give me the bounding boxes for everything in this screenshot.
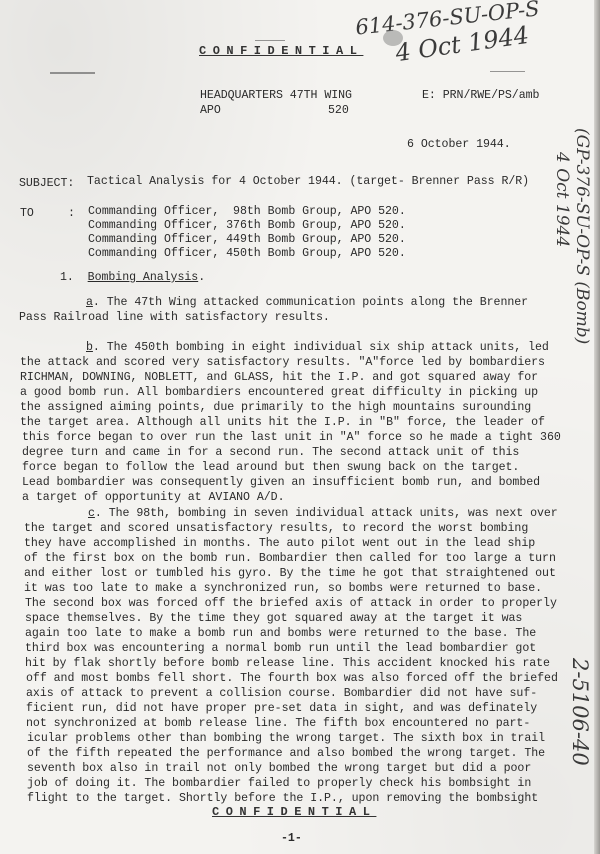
routing-code: E: PRN/RWE/PS/amb (422, 88, 539, 104)
apo-label: APO (200, 103, 221, 119)
paragraph-b-line: a good bomb run. All bombardiers encount… (20, 385, 538, 401)
paragraph-b-line: a target of opportunity at AVIANO A/D. (22, 490, 284, 506)
document-date: 6 October 1944. (407, 137, 511, 153)
page-edge-shadow (594, 0, 600, 854)
paragraph-a-line-1: a. The 47th Wing attacked communication … (86, 295, 528, 311)
paragraph-b-line: Lead bombardier was consequently given a… (22, 475, 540, 491)
paragraph-c-line: not synchronized at bomb release line. T… (26, 716, 530, 732)
headquarters-line: HEADQUARTERS 47TH WING (200, 88, 352, 104)
paragraph-a-text: . The 47th Wing attacked communication p… (93, 296, 528, 309)
paragraph-c-letter: c (88, 507, 95, 520)
stamp-mark (490, 71, 525, 72)
classification-top: CONFIDENTIAL (199, 44, 363, 58)
paragraph-a-letter: a (86, 296, 93, 309)
paragraph-b-line: the assigned aiming points, due primaril… (20, 400, 531, 416)
paragraph-b-line: RICHMAN, DOWNING, NOBLETT, and GLASS, hi… (20, 370, 538, 386)
subject-text: Tactical Analysis for 4 October 1944. (t… (87, 174, 529, 190)
paragraph-c-line: again too late to make a bomb run and bo… (25, 626, 536, 642)
paragraph-c-line: of the first box on the bomb run. Bombar… (24, 551, 556, 567)
paragraph-c-line: of the fifth repeated the performance an… (27, 746, 545, 762)
section-heading: 1. Bombing Analysis. (60, 270, 205, 286)
margin-note-date: 4 Oct 1944 (552, 152, 572, 247)
subject-label: SUBJECT: (19, 176, 74, 192)
to-label: TO (20, 206, 34, 222)
paragraph-c-line: job of doing it. The bombardier failed t… (27, 776, 531, 792)
paragraph-c-line: the target and scored unsatisfactory res… (24, 521, 528, 537)
ink-blot (383, 30, 403, 46)
section-number: 1. (60, 271, 74, 284)
paragraph-c-text: . The 98th, bombing in seven individual … (95, 507, 558, 520)
to-colon: : (68, 206, 75, 222)
apo-number: 520 (328, 103, 349, 119)
paragraph-c-line: icular problems other than bombing the w… (27, 731, 545, 747)
document-page: CONFIDENTIAL 614-376-SU-OP-S 4 Oct 1944 … (0, 0, 600, 854)
paragraph-b-line: the attack and scored very satisfactory … (20, 355, 545, 371)
paragraph-b-line-1: b. The 450th bombing in eight individual… (86, 340, 549, 356)
paragraph-c-line: ficient run, did not have proper pre-set… (26, 701, 537, 717)
classification-bottom: CONFIDENTIAL (212, 805, 376, 819)
page-number: -1- (281, 831, 302, 847)
paragraph-c-line: seventh box also in trail not only bombe… (27, 761, 531, 777)
paragraph-c-line: space themselves. By the time they got s… (25, 611, 522, 627)
paragraph-c-line-1: c. The 98th, bombing in seven individual… (88, 506, 558, 522)
paragraph-c-line: hit by flak shortly before bomb release … (25, 656, 550, 672)
paragraph-b-line: degree turn and came in for a second run… (22, 445, 519, 461)
paragraph-b-line: the target area. Although all units hit … (20, 415, 545, 431)
paragraph-c-line: The second box was forced off the briefe… (25, 596, 557, 612)
paragraph-b-letter: b (86, 341, 93, 354)
section-title-period: . (198, 271, 205, 284)
stamp-mark (255, 40, 285, 41)
paragraph-b-line: this force began to over run the last un… (22, 430, 561, 446)
paragraph-b-text: . The 450th bombing in eight individual … (93, 341, 549, 354)
paragraph-b-line: force began to follow the lead around bu… (22, 460, 519, 476)
margin-note-file-number: 2-5106-40 (568, 658, 592, 766)
paragraph-c-line: axis of attack to prevent a collision co… (26, 686, 537, 702)
paragraph-c-line: and either lost or tumbled his gyro. By … (24, 566, 556, 582)
margin-note-reference: (GP-376-SU-OP-S (Bomb) (572, 128, 592, 344)
paragraph-c-line: third box was encountering a normal bomb… (25, 641, 536, 657)
paragraph-c-line: they have accomplished in months. The au… (24, 536, 535, 552)
recipient-450th: Commanding Officer, 450th Bomb Group, AP… (88, 246, 406, 262)
paragraph-a-line-2: Pass Railroad line with satisfactory res… (19, 310, 330, 326)
stamp-mark-left (50, 72, 95, 74)
section-title: Bombing Analysis (88, 271, 199, 284)
paragraph-c-line: off and most bombs fell short. The fourt… (26, 671, 558, 687)
paragraph-c-line: it was too late to make a synchronized r… (24, 581, 542, 597)
